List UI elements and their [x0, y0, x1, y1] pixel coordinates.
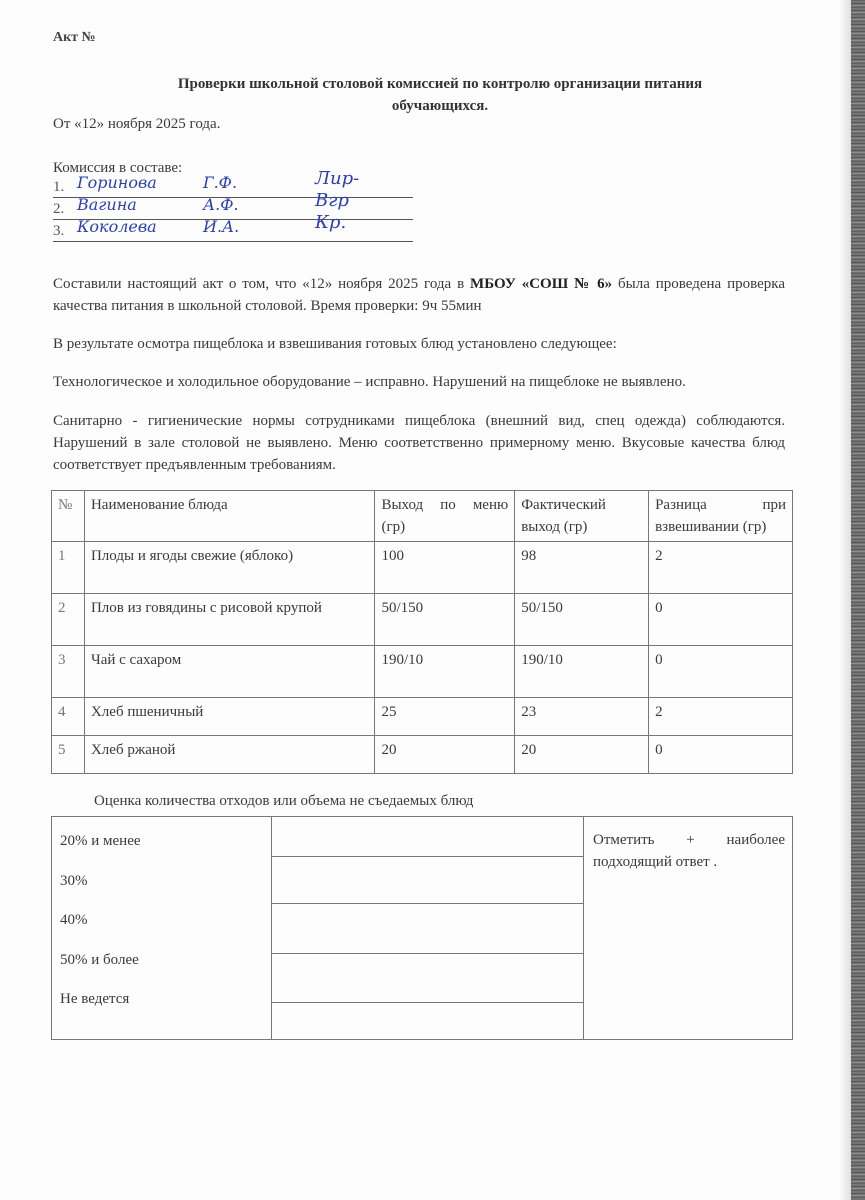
header-menu-yield: Выход по меню (гр) — [375, 491, 515, 542]
cell-menu-yield: 100 — [375, 542, 515, 594]
statement-text-1: Составили настоящий акт о том, что «12» … — [53, 276, 470, 292]
title-line-1: Проверки школьной столовой комиссией по … — [110, 73, 770, 95]
handwritten-initials: А.Ф. — [203, 196, 239, 214]
waste-options-column: 20% и менее 30% 40% 50% и более Не ведет… — [52, 817, 272, 1039]
waste-option-not-tracked: Не ведется — [60, 991, 129, 1008]
mark-cell-not-tracked[interactable] — [272, 1003, 583, 1040]
table-header-row: № Наименование блюда Выход по меню (гр) … — [52, 491, 793, 542]
cell-actual-yield: 23 — [515, 698, 649, 736]
mark-cell-30[interactable] — [272, 857, 583, 904]
paragraph-sanitary: Санитарно - гигиенические нормы сотрудни… — [53, 410, 785, 476]
cell-no: 2 — [52, 594, 85, 646]
table-row: 4 Хлеб пшеничный 25 23 2 — [52, 698, 793, 736]
cell-dish-name: Плоды и ягоды свежие (яблоко) — [84, 542, 374, 594]
waste-assessment-caption: Оценка количества отходов или объема не … — [94, 793, 473, 810]
note-line-2: подходящий ответ . — [593, 851, 785, 873]
waste-instruction-note: Отметить + наиболее подходящий ответ . — [585, 817, 793, 1039]
cell-no: 4 — [52, 698, 85, 736]
school-name: МБОУ «СОШ № 6» — [470, 276, 612, 292]
signature: Вгр — [315, 192, 349, 210]
cell-menu-yield: 50/150 — [375, 594, 515, 646]
waste-option-20-or-less: 20% и менее — [60, 833, 141, 850]
paragraph-equipment: Технологическое и холодильное оборудован… — [53, 371, 785, 393]
cell-difference: 0 — [649, 594, 793, 646]
cell-difference: 2 — [649, 542, 793, 594]
cell-no: 5 — [52, 736, 85, 774]
signature: Кр. — [315, 214, 346, 232]
cell-menu-yield: 25 — [375, 698, 515, 736]
note-plus-sign: + — [686, 829, 694, 851]
commission-member-3: 3. Коколева И.А. Кр. — [53, 222, 413, 242]
member-number: 3. — [53, 223, 64, 239]
header-difference: Разница при взвешивании (гр) — [649, 491, 793, 542]
table-row: 5 Хлеб ржаной 20 20 0 — [52, 736, 793, 774]
cell-difference: 0 — [649, 736, 793, 774]
table-row: 1 Плоды и ягоды свежие (яблоко) 100 98 2 — [52, 542, 793, 594]
waste-option-30: 30% — [60, 873, 88, 890]
cell-actual-yield: 98 — [515, 542, 649, 594]
handwritten-initials: Г.Ф. — [203, 174, 237, 192]
member-number: 1. — [53, 179, 64, 195]
waste-assessment-table: 20% и менее 30% 40% 50% и более Не ведет… — [51, 816, 793, 1040]
cell-dish-name: Чай с сахаром — [84, 646, 374, 698]
mark-cell-40[interactable] — [272, 904, 583, 954]
note-word-mark: Отметить — [593, 829, 655, 851]
header-difference-word3: взвешивании (гр) — [655, 516, 786, 538]
cell-dish-name: Хлеб ржаной — [84, 736, 374, 774]
note-line-1: Отметить + наиболее — [593, 829, 785, 851]
handwritten-name: Коколева — [77, 218, 157, 236]
cell-no: 3 — [52, 646, 85, 698]
waste-mark-column — [272, 817, 584, 1039]
cell-actual-yield: 20 — [515, 736, 649, 774]
signature: Лир- — [315, 170, 359, 188]
cell-menu-yield: 20 — [375, 736, 515, 774]
header-difference-word2: при — [762, 494, 786, 516]
table-row: 2 Плов из говядины с рисовой крупой 50/1… — [52, 594, 793, 646]
handwritten-name: Горинова — [77, 174, 157, 192]
member-number: 2. — [53, 201, 64, 217]
cell-actual-yield: 190/10 — [515, 646, 649, 698]
table-row: 3 Чай с сахаром 190/10 190/10 0 — [52, 646, 793, 698]
mark-cell-20-or-less[interactable] — [272, 817, 583, 857]
handwritten-name: Вагина — [77, 196, 137, 214]
title-line-2: обучающихся. — [110, 95, 770, 117]
cell-actual-yield: 50/150 — [515, 594, 649, 646]
mark-cell-50-or-more[interactable] — [272, 954, 583, 1003]
cell-difference: 0 — [649, 646, 793, 698]
handwritten-initials: И.А. — [203, 218, 239, 236]
cell-dish-name: Хлеб пшеничный — [84, 698, 374, 736]
cell-difference: 2 — [649, 698, 793, 736]
cell-no: 1 — [52, 542, 85, 594]
act-number-label: Акт № — [53, 30, 96, 46]
waste-option-40: 40% — [60, 912, 88, 929]
header-actual-yield: Фактический выход (гр) — [515, 491, 649, 542]
act-date: От «12» ноября 2025 года. — [53, 116, 220, 133]
header-no: № — [52, 491, 85, 542]
document-title: Проверки школьной столовой комиссией по … — [110, 73, 770, 117]
cell-dish-name: Плов из говядины с рисовой крупой — [84, 594, 374, 646]
paragraph-findings-intro: В результате осмотра пищеблока и взвешив… — [53, 333, 785, 355]
paragraph-act-statement: Составили настоящий акт о том, что «12» … — [53, 273, 785, 317]
dishes-weight-table: № Наименование блюда Выход по меню (гр) … — [51, 490, 793, 774]
note-word-most: наиболее — [727, 829, 785, 851]
header-dish-name: Наименование блюда — [84, 491, 374, 542]
waste-option-50-or-more: 50% и более — [60, 952, 139, 969]
header-difference-word1: Разница — [655, 494, 707, 516]
scan-edge-artifact — [851, 0, 865, 1200]
cell-menu-yield: 190/10 — [375, 646, 515, 698]
